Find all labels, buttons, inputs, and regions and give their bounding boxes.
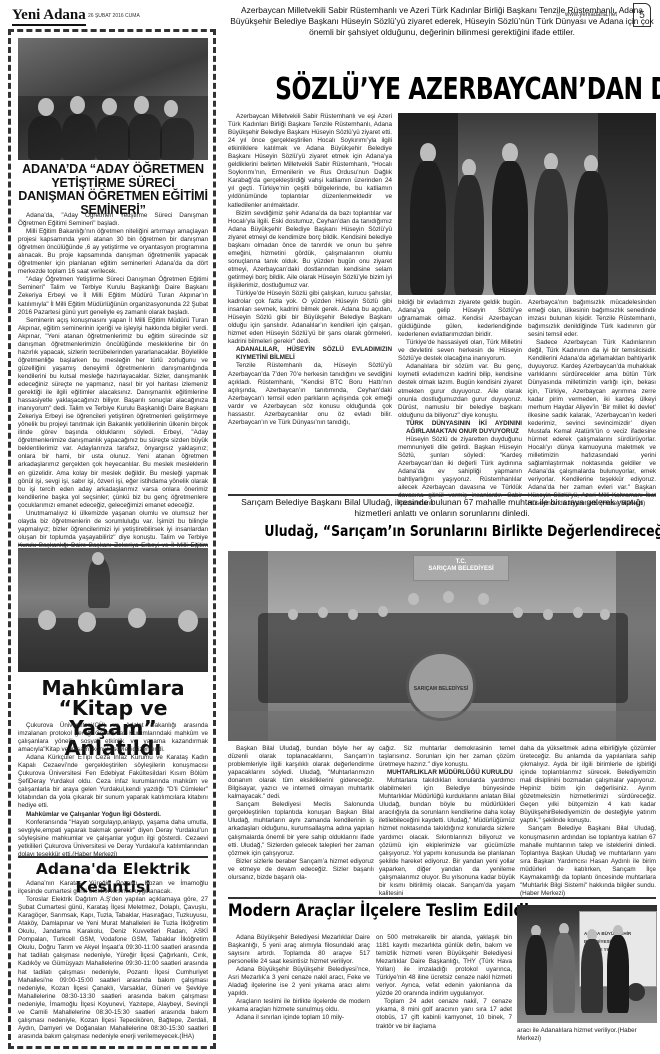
section-divider [228, 494, 656, 496]
paragraph: Çukurova Üniversitesi(ÇÜ) ve Adalet Baka… [18, 722, 208, 754]
paragraph: Seminerin açış konuşmasını yapan İl Mill… [18, 317, 208, 510]
paragraph: Adana il sınırları içinde toplam 10 mily… [228, 1014, 370, 1022]
section-divider [18, 544, 208, 546]
prison-article-body: Çukurova Üniversitesi(ÇÜ) ve Adalet Baka… [18, 722, 208, 859]
masthead-title: Yeni Adana [12, 7, 86, 23]
saricam-muhtar-group-photo: T.C. SARIÇAM BELEDİYESİ SARIÇAM BELEDİYE… [228, 551, 656, 741]
vehicle-handover-photo: ADANA BÜYÜKŞEHİR BELEDİYESİ CENAZE YIKAM… [517, 905, 657, 1023]
paragraph: Türkiye’de hassasiyeti olan, Türk Millet… [398, 339, 522, 363]
section-divider [228, 897, 656, 899]
paragraph: Adana Kürkçüler ETipi Ceza İnfaz Kurumu … [18, 754, 208, 810]
paragraph: Bizim sevdiğimiz şehir Adana’da da bazı … [228, 210, 392, 290]
paragraph: Sarıçam Belediyesi Meclis Salonunda gerç… [228, 801, 374, 857]
paragraph: Araçların teslimi ile birlikte ilçelerde… [228, 998, 370, 1014]
modern-vehicles-column-2: on 500 metrekarelik bir alanda, yaklaşık… [376, 934, 512, 1031]
municipality-sign: T.C. SARIÇAM BELEDİYESİ [413, 555, 509, 581]
paragraph: Konferansında "Hayatı sorgulayıp,anlayıp… [18, 819, 208, 859]
masthead-logo: Yeni Adana [12, 8, 86, 26]
seminar-headline: ADANA’DA “ADAY ÖĞRETMEN YETİŞTİRME SÜREC… [18, 163, 208, 217]
paragraph: daha da yükseltmek adına elbirliğiyle çö… [520, 745, 656, 825]
paragraph: on 500 metrekarelik bir alanda, yaklaşık… [376, 934, 512, 998]
paragraph: Toroslar Elektrik Dağıtım A.Ş’den yapıla… [18, 896, 208, 1041]
saricam-article-deck: Sarıçam Belediye Başkanı Bilal Uludağ, i… [228, 497, 656, 519]
power-outage-article-body: Adana’nın Karataş, Yüreğir, Pozantı, Koz… [18, 880, 208, 1041]
paragraph: Sadece Azerbaycan Türk Kadınlarının deği… [528, 339, 656, 508]
modern-vehicles-column-1: Adana Büyükşehir Belediyesi Mezarlıklar … [228, 934, 370, 1023]
paragraph: cağız. Siz muhtarlar demokrasinin temel … [379, 745, 515, 769]
paragraph: "Aday Öğretmen Yetiştirme Süreci Danışma… [18, 276, 208, 316]
saricam-column-3: daha da yükseltmek adına elbirliğiyle çö… [520, 745, 656, 898]
paragraph: Toplam 24 adet cenaze nakil, 7 cenaze yı… [376, 998, 512, 1030]
subheading: Mahkûmlar ve Çalışanlar Yoğun İlgi Göste… [18, 811, 208, 819]
paragraph: Adana’da, "Aday Öğretmen Yetiştirme Süre… [18, 212, 208, 228]
saricam-headline: Uludağ, “Sarıçam’ın Sorunlarını Birlikte… [264, 522, 619, 540]
sign-line-1: T.C. [414, 556, 508, 566]
subheading: ADANALILAR, HÜSEYİN SÖZLÜ EVLADIMIZIN KI… [228, 346, 392, 362]
saricam-column-1: Başkan Bilal Uludağ, bundan böyle her ay… [228, 745, 374, 882]
paragraph: Sarıçam Belediye Başkanı Bilal Uludağ, k… [520, 825, 656, 897]
azeri-headline: SÖZLÜ’YE AZERBAYCAN’DAN DESTEK [275, 73, 609, 107]
azeri-column-2: bildiği bir evladımızı ziyarete geldik b… [398, 299, 522, 508]
subheading: TÜRK DÜNYASININ İKİ AYDININI AĞIRLAMAKTA… [398, 420, 522, 436]
azeri-column-1: Azerbaycan Milletvekili Sabir Rüstemhanl… [228, 113, 392, 427]
paragraph: Adana Büyükşehir Büyükşehir Belediyesi’n… [228, 966, 370, 998]
azeri-column-3: Azerbayca’nın bağımsızlık mücadelesinden… [528, 299, 656, 508]
paragraph: Muhtarlara takıldıkları konularda yardım… [379, 777, 515, 898]
paragraph: bildiği bir evladımızı ziyarete geldik b… [398, 299, 522, 339]
paragraph: Azerbayca’nın bağımsızlık mücadelesinden… [528, 299, 656, 339]
section-divider [18, 856, 208, 858]
saricam-column-2: cağız. Siz muhtarlar demokrasinin temel … [379, 745, 515, 898]
modern-vehicles-headline: Modern Araçlar İlçelere Teslim Edildi [228, 900, 486, 922]
paragraph: Türkiye’de Hüseyin Sözlü gibi çalışkan, … [228, 290, 392, 346]
publication-date: 26 ŞUBAT 2016 CUMA [88, 13, 140, 19]
paragraph: Adana Büyükşehir Belediyesi Mezarlıklar … [228, 934, 370, 966]
paragraph: Başkan Bilal Uludağ, bundan böyle her ay… [228, 745, 374, 801]
paragraph: Tenzile Rüstemhanlı da, Hüseyin Sözlü’yü… [228, 362, 392, 426]
emblem-text: SARIÇAM BELEDİYESİ [414, 686, 468, 692]
subheading: MUHTARLIKLAR MÜDÜRLÜĞÜ KURULDU [379, 769, 515, 777]
seminar-audience-photo [18, 38, 208, 160]
prison-talk-photo [18, 548, 208, 672]
azeri-article-deck: Azerbaycan Milletvekili Sabir Rüstemhanl… [228, 5, 656, 38]
azeri-visit-group-photo [398, 113, 656, 295]
paragraph: Adanalılara bir sözüm var. Bu genç, kıym… [398, 363, 522, 419]
sign-line-2: SARIÇAM BELEDİYESİ [414, 566, 508, 573]
paragraph: Adana’nın Karataş, Yüreğir, Pozantı, Koz… [18, 880, 208, 896]
paragraph: Azerbaycan Milletvekili Sabir Rüstemhanl… [228, 113, 392, 210]
photo-caption: aracı ile Adanalılara hizmet veriliyor.(… [517, 1027, 657, 1043]
seminar-article-body: Adana’da, "Aday Öğretmen Yetiştirme Süre… [18, 212, 208, 566]
paragraph: Bizler sizlerle beraber Sarıçam’a hizmet… [228, 858, 374, 882]
paragraph: Milli Eğitim Bakanlığı’nın öğretmen nite… [18, 228, 208, 276]
